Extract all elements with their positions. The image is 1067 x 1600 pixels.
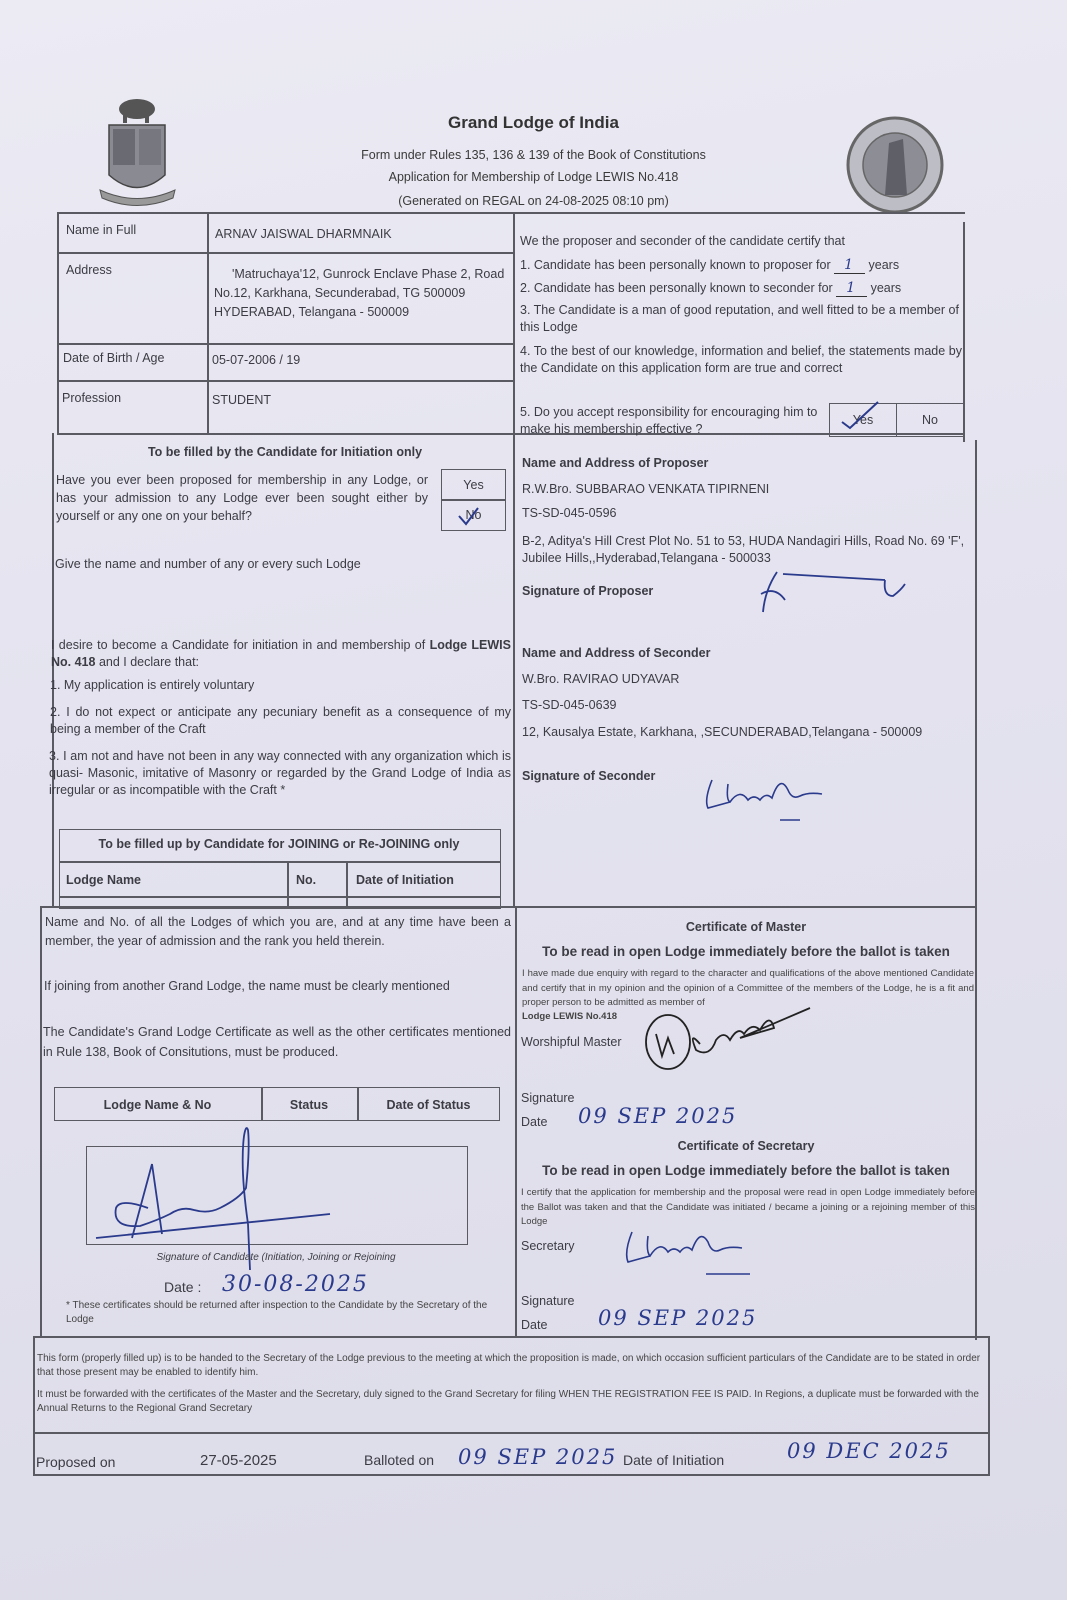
candidate-date-value: 30-08-2025	[222, 1270, 369, 1300]
seconder-signature	[700, 770, 860, 830]
footer-note-1: This form (properly filled up) is to be …	[37, 1352, 987, 1380]
joining-col-date: Date of Initiation	[356, 872, 454, 889]
joining-heading: To be filled up by Candidate for JOINING…	[59, 836, 499, 853]
proposer-name: R.W.Bro. SUBBARAO VENKATA TIPIRNENI	[522, 481, 769, 498]
application-form-page: Grand Lodge of India Form under Rules 13…	[0, 0, 1067, 1600]
address-value: 'Matruchaya'12, Gunrock Enclave Phase 2,…	[214, 265, 506, 321]
checkmark-icon	[838, 396, 893, 436]
secretary-cert-heading: Certificate of Secretary	[517, 1138, 975, 1155]
master-date-value: 09 SEP 2025	[578, 1102, 737, 1130]
proposer-signature-label: Signature of Proposer	[522, 583, 653, 600]
footer-note-2: It must be forwarded with the certificat…	[37, 1388, 987, 1416]
declaration-intro: I desire to become a Candidate for initi…	[51, 637, 511, 671]
declaration-intro-text: I desire to become a Candidate for initi…	[51, 638, 425, 652]
certify-item-2: 2. Candidate has been personally known t…	[520, 279, 901, 298]
certify-item-5: 5. Do you accept responsibility for enco…	[520, 404, 825, 438]
certify-item-1: 1. Candidate has been personally known t…	[520, 256, 899, 275]
seconder-years-value: 1	[836, 280, 867, 297]
master-cert-subheading: To be read in open Lodge immediately bef…	[517, 943, 975, 961]
years-label: years	[869, 258, 900, 272]
secretary-date-value: 09 SEP 2025	[598, 1304, 757, 1332]
candidate-signature	[90, 1128, 330, 1268]
seconder-id: TS-SD-045-0639	[522, 697, 617, 714]
seconder-address: 12, Kausalya Estate, Karkhana, ,SECUNDER…	[522, 724, 922, 741]
dob-value: 05-07-2006 / 19	[212, 352, 300, 369]
proposer-years-value: 1	[834, 257, 865, 274]
balloted-on-label: Balloted on	[364, 1451, 434, 1470]
responsibility-no-checkbox[interactable]: No	[896, 403, 964, 437]
certify-item-1-text: 1. Candidate has been personally known t…	[520, 258, 831, 272]
candidate-date-label: Date :	[164, 1278, 201, 1297]
checkmark-icon	[456, 504, 486, 528]
no-label: No	[922, 413, 938, 427]
certificates-footnote: * These certificates should be returned …	[66, 1299, 496, 1327]
name-label: Name in Full	[66, 222, 136, 239]
secretary-signature	[620, 1222, 790, 1282]
certify-item-3: 3. The Candidate is a man of good reputa…	[520, 302, 960, 336]
seconder-signature-label: Signature of Seconder	[522, 768, 655, 785]
proposed-on-label: Proposed on	[36, 1453, 115, 1472]
joining-col-no: No.	[296, 872, 316, 889]
master-cert-lodge: Lodge LEWIS No.418	[522, 1010, 617, 1025]
secretary-label: Secretary	[521, 1238, 575, 1255]
master-date-label: Date	[521, 1114, 547, 1131]
declaration-item-1: 1. My application is entirely voluntary	[50, 677, 254, 694]
certify-intro: We the proposer and seconder of the cand…	[520, 233, 845, 250]
give-lodge-name-label: Give the name and number of any or every…	[55, 556, 361, 573]
declaration-intro-suffix: and I declare that:	[99, 655, 199, 669]
master-signature	[640, 1000, 840, 1080]
dob-label: Date of Birth / Age	[63, 350, 164, 367]
secretary-date-label: Date	[521, 1317, 547, 1334]
master-signature-label: Signature	[521, 1090, 575, 1107]
membership-para-3: The Candidate's Grand Lodge Certificate …	[43, 1022, 511, 1062]
declaration-item-3: 3. I am not and have not been in any way…	[49, 748, 511, 799]
proposer-signature	[755, 560, 915, 620]
date-of-initiation-label: Date of Initiation	[623, 1451, 724, 1470]
balloted-on-value: 09 SEP 2025	[458, 1443, 617, 1471]
regional-seal-icon	[845, 115, 945, 215]
secretary-signature-label: Signature	[521, 1293, 575, 1310]
profession-label: Profession	[62, 390, 121, 407]
initiation-question: Have you ever been proposed for membersh…	[56, 471, 428, 525]
profession-value: STUDENT	[212, 392, 271, 409]
membership-col-status: Status	[261, 1097, 357, 1114]
worshipful-master-label: Worshipful Master	[521, 1034, 622, 1051]
years-label: years	[871, 281, 902, 295]
certify-item-4: 4. To the best of our knowledge, informa…	[520, 343, 962, 377]
yes-label: Yes	[463, 478, 483, 492]
name-value: ARNAV JAISWAL DHARMNAIK	[215, 226, 392, 243]
membership-col-date: Date of Status	[357, 1097, 500, 1114]
seconder-heading: Name and Address of Seconder	[522, 645, 710, 662]
joining-col-lodge-name: Lodge Name	[66, 872, 141, 889]
membership-col-lodge: Lodge Name & No	[54, 1097, 261, 1114]
initiation-heading: To be filled by the Candidate for Initia…	[60, 444, 510, 461]
master-cert-heading: Certificate of Master	[517, 919, 975, 936]
candidate-signature-caption: Signature of Candidate (Initiation, Join…	[86, 1251, 466, 1265]
seconder-name: W.Bro. RAVIRAO UDYAVAR	[522, 671, 679, 688]
proposer-id: TS-SD-045-0596	[522, 505, 617, 522]
responsibility-yes-checkbox[interactable]: Yes	[829, 403, 897, 437]
secretary-cert-subheading: To be read in open Lodge immediately bef…	[517, 1162, 975, 1180]
certify-item-2-text: 2. Candidate has been personally known t…	[520, 281, 833, 295]
declaration-item-2: 2. I do not expect or anticipate any pec…	[50, 704, 511, 738]
date-of-initiation-value: 09 DEC 2025	[787, 1437, 951, 1465]
membership-para-2: If joining from another Grand Lodge, the…	[44, 977, 511, 996]
address-label: Address	[66, 262, 112, 279]
proposed-on-value: 27-05-2025	[200, 1451, 277, 1471]
proposer-heading: Name and Address of Proposer	[522, 455, 708, 472]
membership-para-1: Name and No. of all the Lodges of which …	[45, 913, 511, 951]
proposed-before-yes-checkbox[interactable]: Yes	[441, 469, 506, 501]
proposed-before-no-checkbox[interactable]: No	[441, 499, 506, 531]
